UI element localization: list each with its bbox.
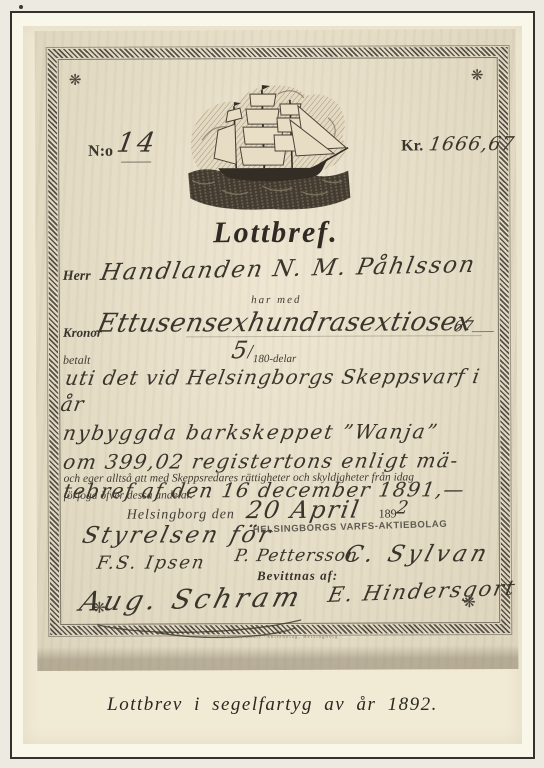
witness-signature: Aug. Schram (76, 582, 306, 618)
place-printed: Helsingborg den (127, 507, 235, 522)
number-label: N:o (88, 143, 113, 161)
certificate-photo: ❋ ❋ ❋ ❋ (35, 29, 519, 671)
corner-rosette-icon: ❋ (69, 71, 82, 90)
page-caption: Lottbrev i segelfartyg av år 1892. (23, 694, 522, 716)
number-underline (121, 162, 151, 163)
body-line: uti det vid Helsingborgs Skeppsvarf i år (59, 363, 508, 417)
year-written: 2 (395, 497, 410, 518)
printer-imprint: Schmidts Boktr.-Aktiebolag, Helsingborg (37, 633, 518, 640)
book-page: ❋ ❋ ❋ ❋ (23, 26, 522, 744)
corner-rosette-icon: ❋ (471, 66, 484, 85)
amount-label: Kr. (401, 137, 423, 155)
photo-bottom-shadow (37, 645, 518, 671)
board-signature: F.S. Ipsen (95, 552, 207, 573)
herr-label: Herr (63, 269, 91, 285)
body-line: nybyggda barkskeppet ”Wanja” (61, 418, 441, 446)
amount-cents: 67 (452, 317, 474, 335)
scanned-book-page: ❋ ❋ ❋ ❋ (0, 0, 544, 768)
certificate-title: Lottbref. (35, 215, 516, 251)
har-med-label: har med (36, 293, 517, 307)
ship-engraving (182, 78, 355, 221)
board-signature: P. Pettersson (233, 546, 359, 567)
styrelsen-text: Styrelsen för (80, 522, 276, 549)
share-fraction: 5/180-delar (232, 336, 296, 365)
printed-page-frame: ❋ ❋ ❋ ❋ (10, 11, 535, 759)
date-written: 20 April (244, 496, 363, 525)
amount-value: 1666,67 (427, 133, 516, 155)
ink-speck (19, 5, 23, 9)
cents-dash (472, 331, 494, 332)
amount-in-words: Ettusensexhundrasextiosex (95, 307, 475, 339)
number-value: 14 (114, 128, 160, 159)
board-signature: C. Sylvan (341, 541, 493, 568)
printed-clause-line: och eger alltså att med Skeppsredares rä… (64, 471, 415, 485)
